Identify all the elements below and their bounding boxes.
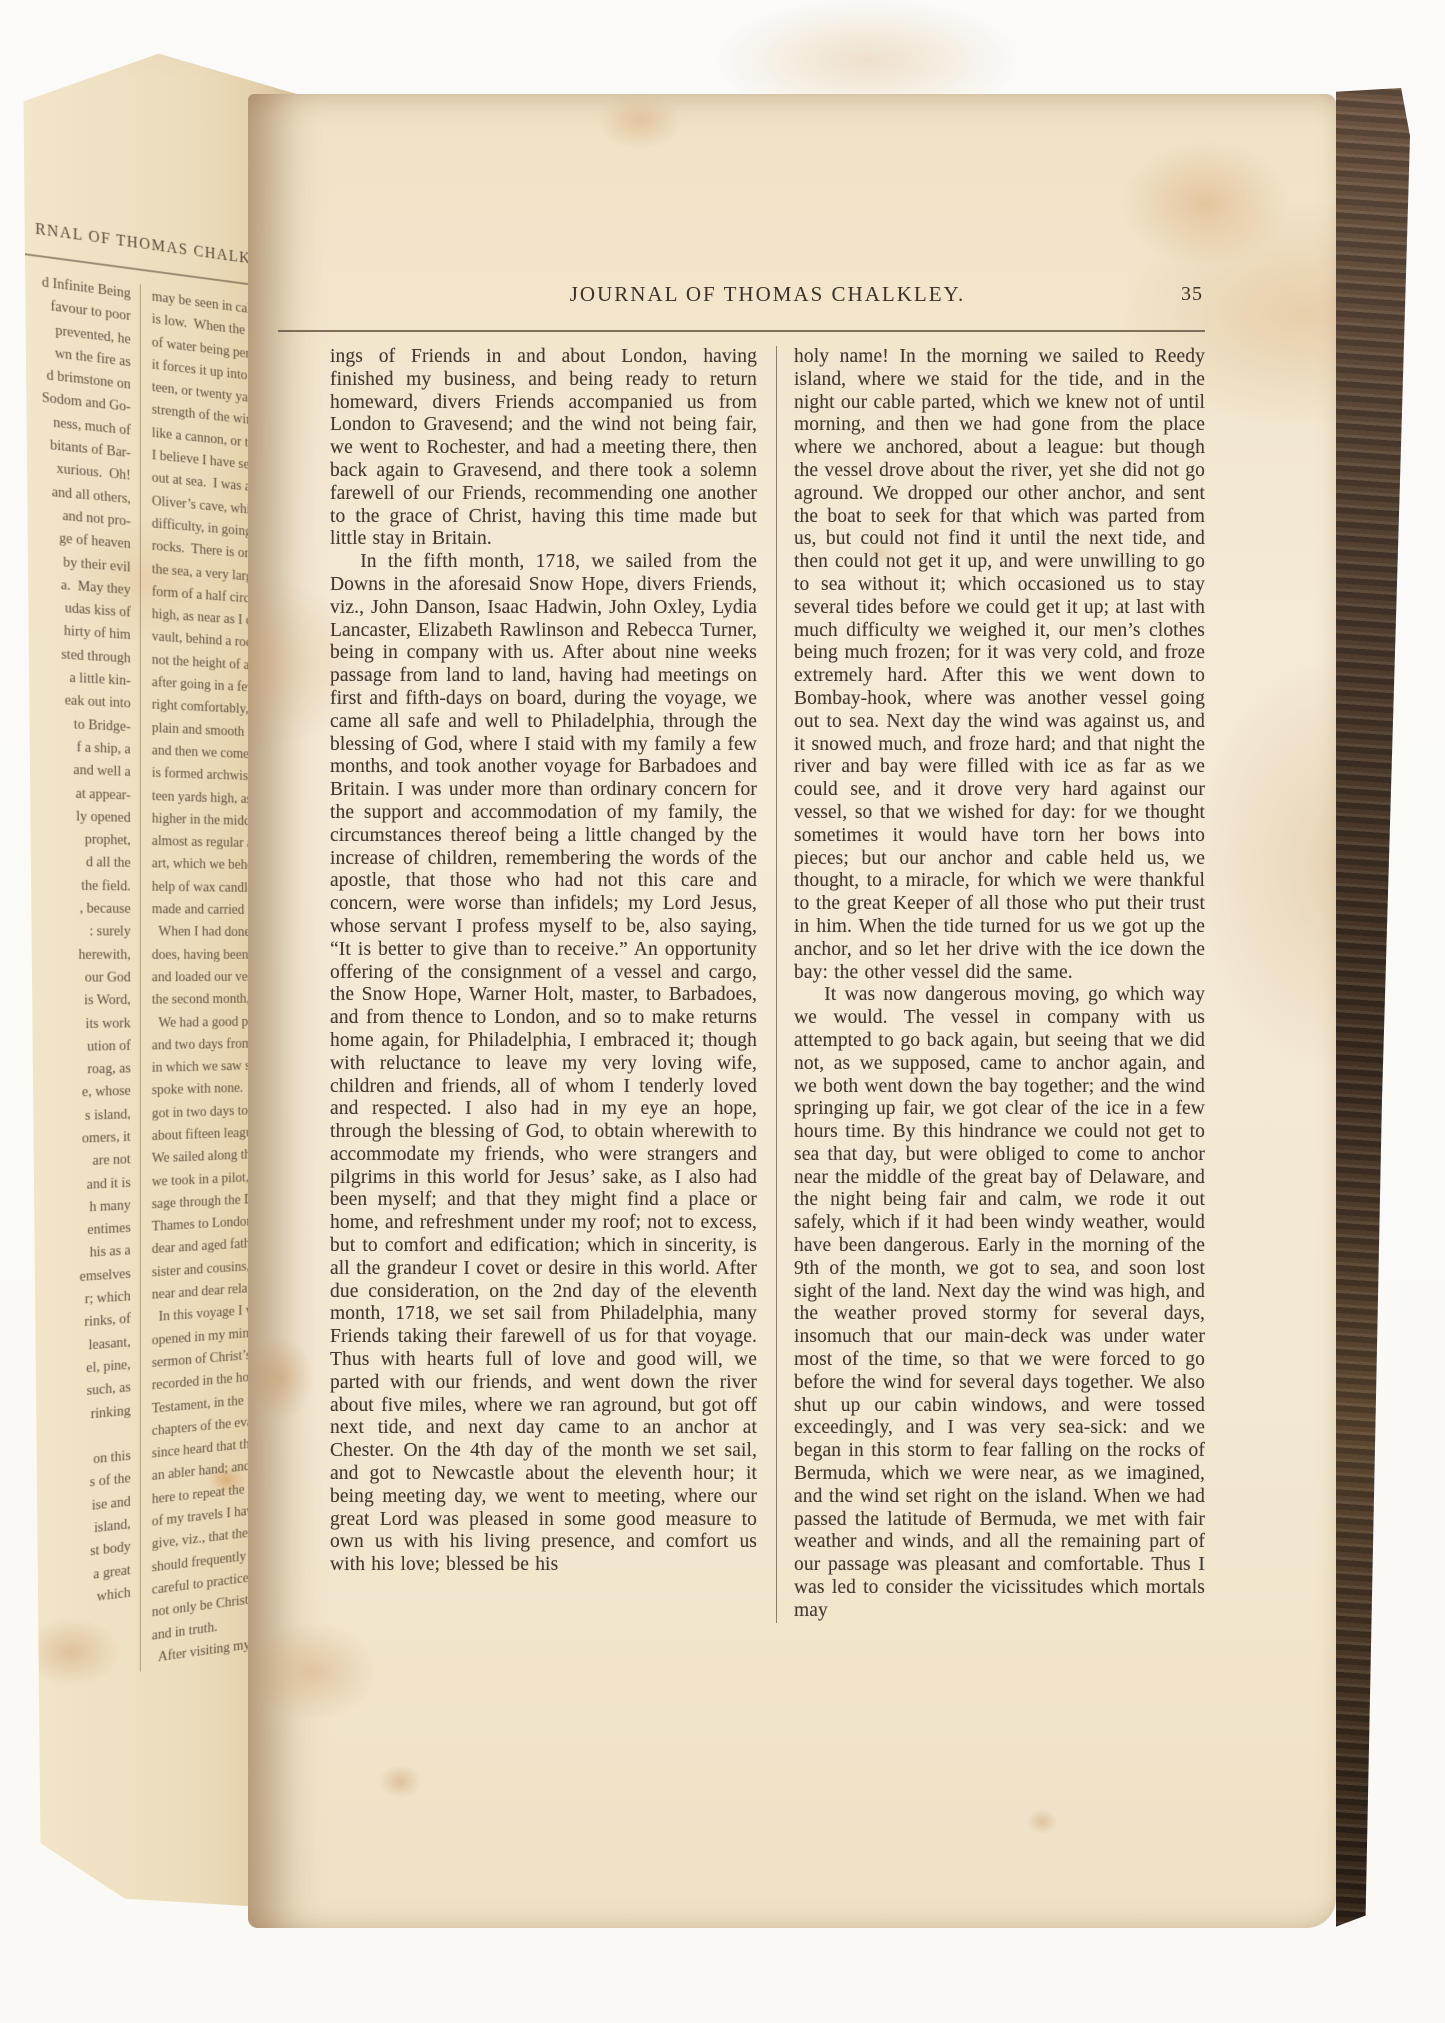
- text-line-fragment: ly opened: [16, 804, 131, 830]
- running-header: JOURNAL OF THOMAS CHALKLEY.: [330, 282, 1205, 307]
- text-line-fragment: the field.: [16, 874, 131, 899]
- header-row: JOURNAL OF THOMAS CHALKLEY. 35: [330, 282, 1205, 310]
- text-line-fragment: , because: [16, 897, 131, 921]
- text-line-fragment: e, whose: [16, 1081, 131, 1107]
- text-line-fragment: : surely: [16, 920, 131, 944]
- paragraph: ings of Friends in and about London, hav…: [330, 346, 757, 551]
- text-line-fragment: herewith,: [16, 944, 131, 967]
- text-line-fragment: prophet,: [16, 827, 131, 853]
- book-cover-edge: [1336, 88, 1410, 1934]
- left-page-column-a: d Infinite Beingfavour to poorprevented,…: [16, 268, 140, 1689]
- text-columns: ings of Friends in and about London, hav…: [330, 346, 1205, 1623]
- paragraph: In the fifth month, 1718, we sailed from…: [330, 551, 757, 1577]
- book-photo: RNAL OF THOMAS CHALKLEY. d Infinite Bein…: [0, 0, 1445, 2023]
- text-line-fragment: our God: [16, 967, 131, 991]
- text-line-fragment: roag, as: [16, 1058, 131, 1084]
- text-line-fragment: at appear-: [16, 781, 131, 808]
- page-number: 35: [1181, 283, 1203, 306]
- text-line-fragment: ution of: [16, 1035, 131, 1060]
- text-column-right: holy name! In the morning we sailed to R…: [794, 346, 1205, 1623]
- text-line-fragment: d all the: [16, 850, 131, 875]
- text-column-left: ings of Friends in and about London, hav…: [330, 346, 757, 1623]
- text-line-fragment: is Word,: [16, 989, 131, 1013]
- column-divider-rule: [776, 346, 777, 1623]
- paragraph: holy name! In the morning we sailed to R…: [794, 346, 1205, 984]
- text-line-fragment: its work: [16, 1012, 131, 1037]
- header-rule: [278, 330, 1205, 332]
- paragraph: It was now dangerous moving, go which wa…: [794, 984, 1205, 1622]
- right-page: JOURNAL OF THOMAS CHALKLEY. 35 ings of F…: [248, 94, 1336, 1928]
